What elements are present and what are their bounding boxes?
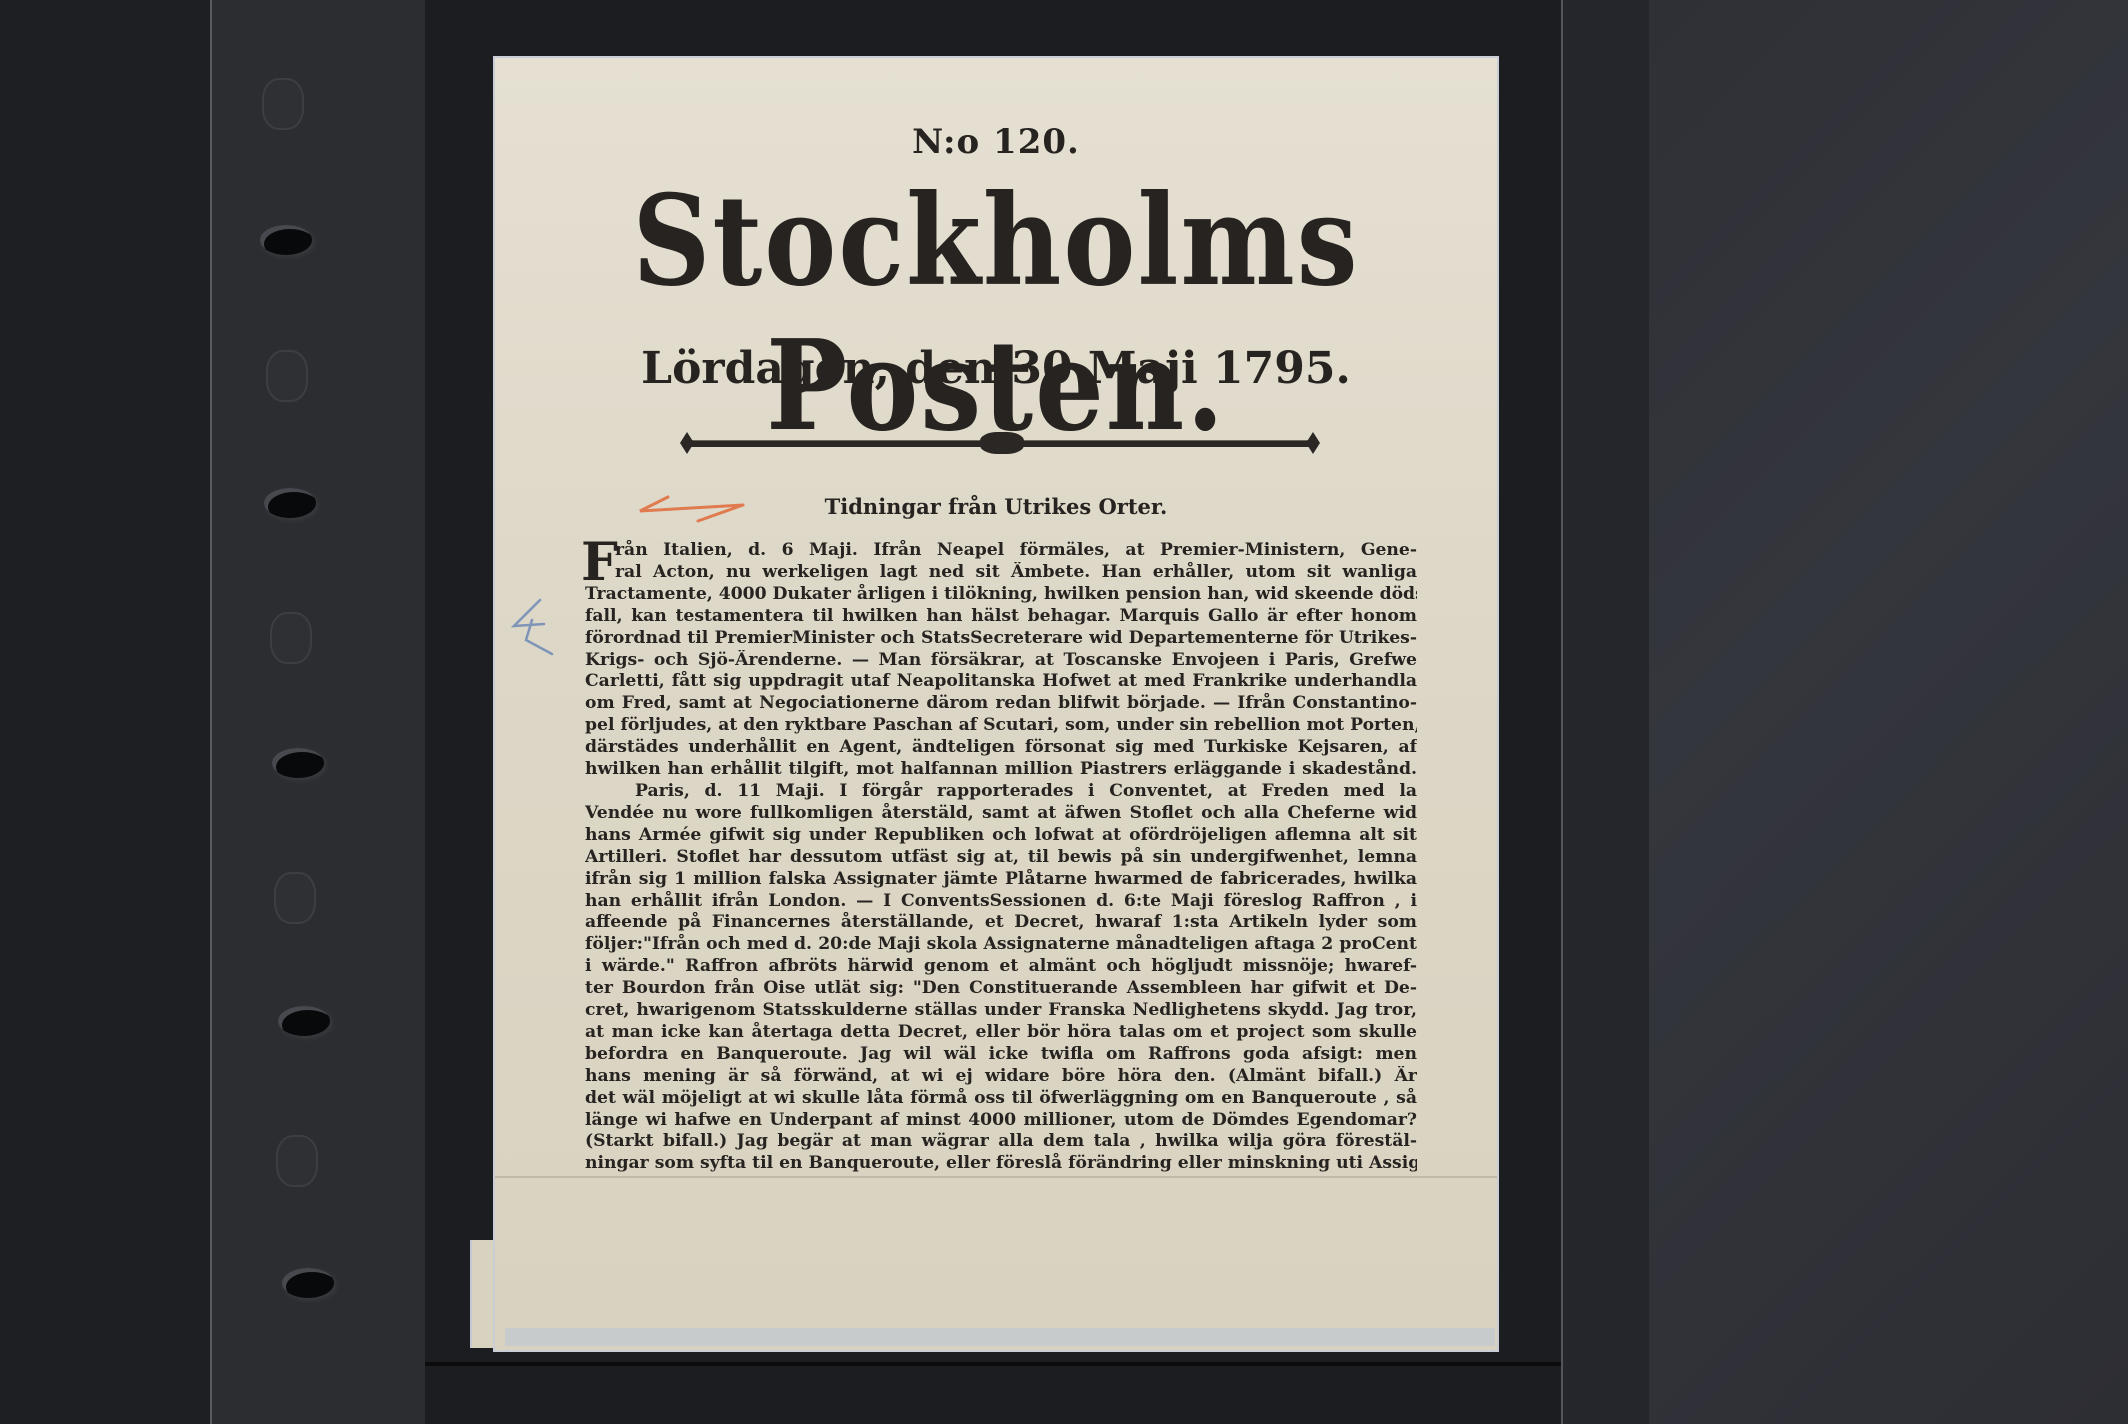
text-line: det wäl möjeligt at wi skulle låta förmå… [585, 1088, 1417, 1110]
ornamental-rule [680, 436, 1320, 450]
text-line: rån Italien, d. 6 Maji. Ifrån Neapel för… [585, 540, 1417, 562]
section-heading: Tidningar från Utrikes Orter. [495, 494, 1497, 519]
text-line: därstädes underhållit en Agent, ändtelig… [585, 737, 1417, 759]
text-line: befordra en Banqueroute. Jag wil wäl ick… [585, 1044, 1417, 1066]
text-line: i wärde." Raffron afbröts härwid genom e… [585, 956, 1417, 978]
text-line: Artilleri. Stoflet har dessutom utfäst s… [585, 847, 1417, 869]
text-line: hans Armée gifwit sig under Republiken o… [585, 825, 1417, 847]
ornament-center-icon [980, 432, 1024, 454]
punch-hole-outline [270, 612, 312, 664]
punch-hole-outline [276, 1135, 318, 1187]
text-line: förordnad til PremierMinister och StatsS… [585, 628, 1417, 650]
blue-pencil-mark-icon [510, 598, 560, 658]
sleeve-paper-shadow [505, 1328, 1495, 1346]
mat-bottom-edge [425, 1362, 1561, 1366]
text-line: (Starkt bifall.) Jag begär at man wägrar… [585, 1131, 1417, 1153]
article-body: F rån Italien, d. 6 Maji. Ifrån Neapel f… [585, 540, 1417, 1175]
text-line: at man icke kan återtaga detta Decret, e… [585, 1022, 1417, 1044]
text-line: fall, kan testamentera til hwilken han h… [585, 606, 1417, 628]
text-line: Carletti, fått sig uppdragit utaf Neapol… [585, 671, 1417, 693]
text-line: Vendée nu wore fullkomligen återstäld, s… [585, 803, 1417, 825]
punch-hole-outline [274, 872, 316, 924]
background-left [0, 0, 210, 1424]
text-line: länge wi hafwe en Underpant af minst 400… [585, 1110, 1417, 1132]
drop-cap: F [581, 540, 618, 586]
punch-hole-outline [262, 78, 304, 130]
text-line: hwilken han erhållit tilgift, mot halfan… [585, 759, 1417, 781]
text-line: ral Acton, nu werkeligen lagt ned sit Äm… [585, 562, 1417, 584]
text-line: följer:"Ifrån och med d. 20:de Maji skol… [585, 934, 1417, 956]
dateline: Lördagen, den 30 Maji 1795. [495, 343, 1497, 394]
punch-hole [278, 1006, 330, 1036]
punch-hole [260, 225, 312, 255]
punch-hole-outline [266, 350, 308, 402]
text-line: ter Bourdon från Oise utlät sig: "Den Co… [585, 978, 1417, 1000]
text-line: ifrån sig 1 million falska Assignater jä… [585, 869, 1417, 891]
newspaper-page: N:o 120. Stockholms Posten. Lördagen, de… [495, 58, 1497, 1350]
text-line: om Fred, samt at Negociationerne därom r… [585, 693, 1417, 715]
sleeve-band [1561, 0, 1651, 1424]
text-line: ningar som syfta til en Banqueroute, ell… [585, 1153, 1417, 1175]
text-line: Tractamente, 4000 Dukater årligen i tilö… [585, 584, 1417, 606]
binder-strip [210, 0, 429, 1424]
text-line: hans mening är så förwänd, at wi ej wida… [585, 1066, 1417, 1088]
text-line: han erhållit ifrån London. — I ConventsS… [585, 891, 1417, 913]
text-line: pel förljudes, at den ryktbare Paschan a… [585, 715, 1417, 737]
sleeve-right-panel [1649, 0, 2128, 1424]
text-line: Paris, d. 11 Maji. I förgår rapporterade… [585, 781, 1417, 803]
text-line: Krigs- och Sjö-Ärenderne. — Man försäkra… [585, 650, 1417, 672]
punch-hole [282, 1268, 334, 1298]
issue-number: N:o 120. [495, 122, 1497, 162]
text-line: cret, hwarigenom Statsskulderne ställas … [585, 1000, 1417, 1022]
punch-hole [272, 748, 324, 778]
masthead-title: Stockholms Posten. [495, 169, 1497, 459]
text-line: affeende på Financernes återställande, e… [585, 912, 1417, 934]
punch-hole [264, 488, 316, 518]
